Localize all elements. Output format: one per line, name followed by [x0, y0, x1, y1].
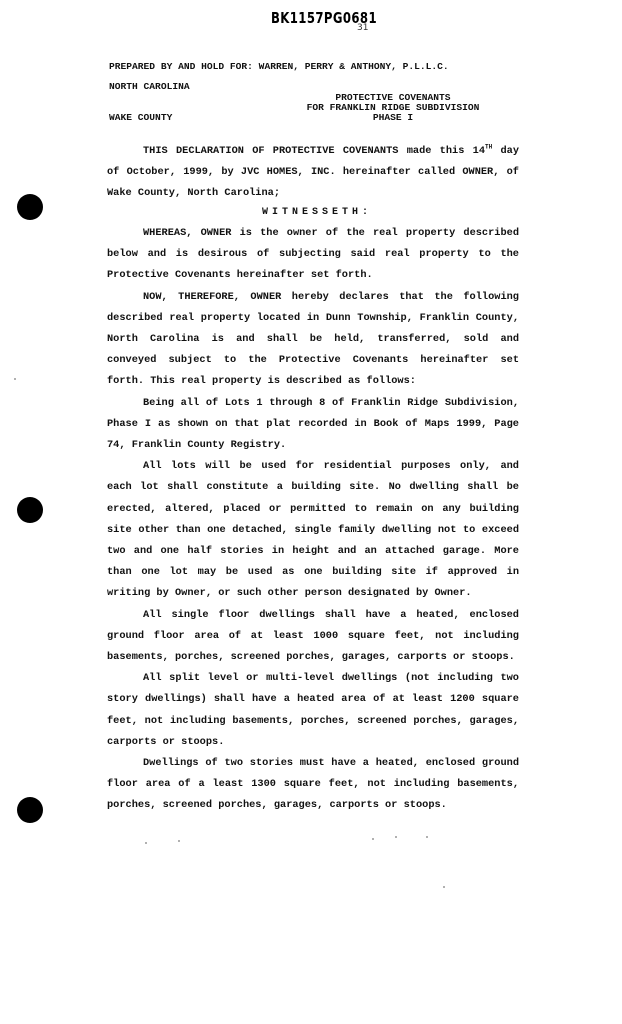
handwritten-page-number: 31	[357, 23, 368, 33]
intro-paragraph: THIS DECLARATION OF PROTECTIVE COVENANTS…	[107, 141, 519, 205]
paragraph: Dwellings of two stories must have a hea…	[107, 753, 519, 817]
title-line: PHASE I	[296, 113, 490, 123]
witnesseth-heading: WITNESSETH:	[0, 207, 622, 218]
county-label: WAKE COUNTY	[109, 112, 172, 123]
scan-speck	[443, 886, 445, 888]
paragraph: All split level or multi-level dwellings…	[107, 668, 519, 753]
scan-speck	[395, 836, 397, 838]
covenant-body: WHEREAS, OWNER is the owner of the real …	[107, 223, 519, 817]
scan-speck	[426, 836, 428, 838]
prepared-by-line: PREPARED BY AND HOLD FOR: WARREN, PERRY …	[109, 61, 449, 72]
paragraph: WHEREAS, OWNER is the owner of the real …	[107, 223, 519, 287]
paragraph: NOW, THEREFORE, OWNER hereby declares th…	[107, 287, 519, 393]
paragraph: All single floor dwellings shall have a …	[107, 605, 519, 669]
document-page: BK1157PG0681 31 PREPARED BY AND HOLD FOR…	[0, 0, 622, 1024]
scan-speck	[145, 842, 147, 844]
document-title: PROTECTIVE COVENANTS FOR FRANKLIN RIDGE …	[296, 93, 490, 123]
paragraph: All lots will be used for residential pu…	[107, 456, 519, 604]
scan-speck	[14, 378, 16, 380]
state-label: NORTH CAROLINA	[109, 81, 190, 92]
scan-speck	[178, 840, 180, 842]
scan-speck	[372, 838, 374, 840]
hole-punch-icon	[17, 797, 43, 823]
hole-punch-icon	[17, 497, 43, 523]
paragraph: Being all of Lots 1 through 8 of Frankli…	[107, 393, 519, 457]
